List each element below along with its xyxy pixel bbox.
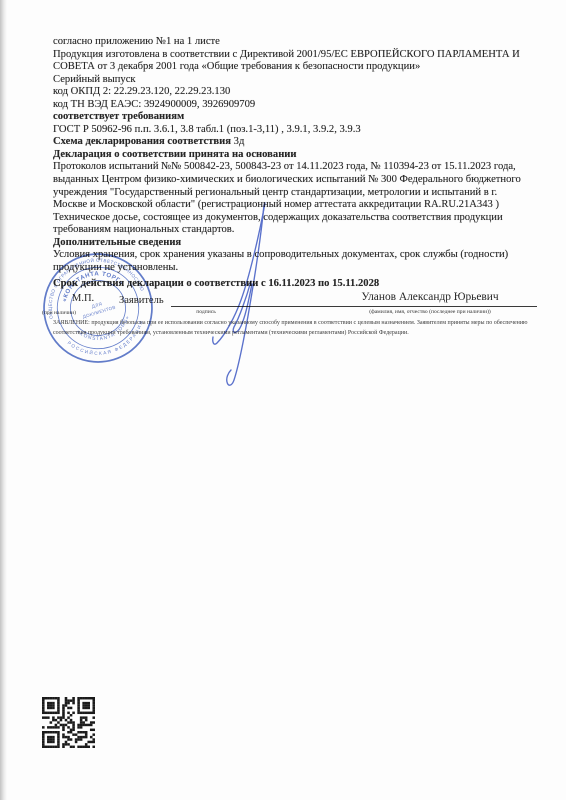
qr-code — [42, 697, 95, 748]
document-line: выданных Центром физико-химических и био… — [53, 174, 541, 187]
handwritten-signature — [195, 196, 305, 402]
document-line: код ТН ВЭД ЕАЭС: 3924900009, 3926909709 — [53, 99, 541, 112]
document-line: согласно приложению №1 на 1 листе — [53, 36, 541, 49]
applicant-name-caption: (фамилия, имя, отчество (последнее при н… — [318, 309, 542, 315]
document-line: Схема декларирования соответствия 3д — [53, 136, 541, 149]
signature-stroke-left — [213, 203, 265, 344]
applicant-name: Уланов Александр Юрьевич — [318, 291, 542, 303]
document-line: код ОКПД 2: 22.29.23.120, 22.29.23.130 — [53, 86, 541, 99]
document-line: Серийный выпуск — [53, 74, 541, 87]
document-line: Продукция изготовлена в соответствии с Д… — [53, 49, 541, 62]
scanned-declaration-page: { "document": { "lines": [ {"parts":[{"t… — [0, 0, 566, 800]
document-line: Протоколов испытаний №№ 500842-23, 50084… — [53, 161, 541, 174]
document-line: ГОСТ Р 50962-96 п.п. 3.6.1, 3.8 табл.1 (… — [53, 124, 541, 137]
document-line: соответствует требованиям — [53, 111, 541, 124]
document-line: Декларация о соответствии принята на осн… — [53, 149, 541, 162]
document-line: СОВЕТА от 3 декабря 2001 года «Общие тре… — [53, 61, 541, 74]
scan-edge-shadow — [0, 0, 7, 800]
signature-stroke-right — [227, 205, 264, 385]
